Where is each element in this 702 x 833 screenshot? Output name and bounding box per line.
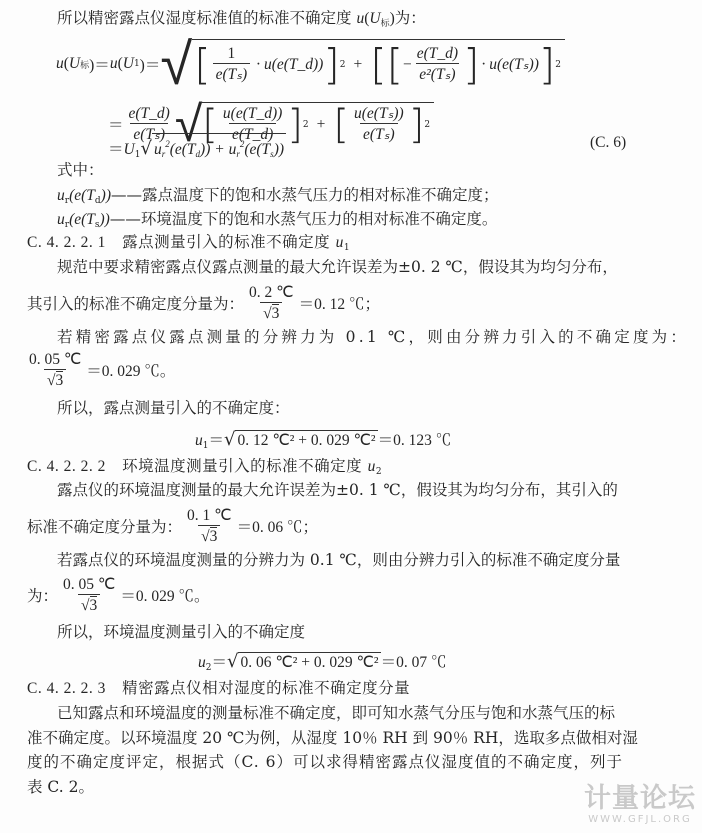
section-number: C. 4. 2. 2. 3 [27, 680, 106, 697]
s3-paragraph-line-1: 已知露点和环境温度的测量标准不确定度，即可知水蒸气分压与饱和水蒸气压的标 [57, 703, 615, 723]
frac-den: √3 [44, 369, 66, 391]
section-number: C. 4. 2. 2. 2 [27, 458, 106, 475]
s3-paragraph-line-3: 度的不确定度评定，根据式（C. 6）可以求得精密露点仪湿度值的不确定度，列于 [27, 752, 623, 772]
result: ＝0. 029 ℃。 [120, 584, 209, 606]
radicand: 0. 12 ℃² + 0. 029 ℃² [235, 430, 377, 451]
radicand: 3 [56, 371, 64, 389]
text-prefix: 其引入的标准不确定度分量为： [27, 292, 244, 314]
fraction: 0. 05 ℃ √3 [26, 350, 84, 391]
equation-number: (C. 6) [590, 133, 626, 153]
symbol-u: u [368, 458, 376, 475]
section-title: 露点测量引入的标准不确定度 [122, 233, 330, 251]
section-title: 精密露点仪相对湿度的标准不确定度分量 [122, 679, 410, 697]
text-prefix: 为： [27, 584, 58, 606]
section-title: 环境温度测量引入的标准不确定度 [122, 457, 362, 475]
s1-paragraph-1-line-2: 其引入的标准不确定度分量为： 0. 2 ℃ √3 ＝0. 12 ℃； [27, 283, 380, 323]
s3-paragraph-line-2: 准不确定度。以环境温度 20 ℃为例，从湿度 10％ RH 到 90％ RH，选… [27, 728, 638, 748]
watermark-logo: 计量论坛 WWW.GFJL.ORG [584, 784, 696, 825]
section-heading-c42221: C. 4. 2. 2. 1 露点测量引入的标准不确定度 u1 [27, 232, 350, 258]
frac-den: e²(Tₛ) [416, 63, 458, 85]
def-desc: ——环境温度下的饱和水蒸气压力的相对标准不确定度。 [110, 210, 498, 228]
intro-text: 所以精密露点仪湿度标准值的标准不确定度 [57, 9, 352, 27]
fraction: 1 e(Tₛ) [213, 44, 251, 85]
result: ＝0. 06 ℃； [237, 515, 318, 537]
s2-paragraph-3: 所以，环境温度测量引入的不确定度 [57, 622, 305, 642]
s1-paragraph-1-line-1: 规范中要求精密露点仪露点测量的最大允许误差为±0. 2 ℃，假设其为均匀分布， [57, 257, 618, 277]
intro-line: 所以精密露点仪湿度标准值的标准不确定度 u(U标)为： [57, 8, 426, 34]
symbol-u: u [336, 234, 344, 251]
radicand: 3 [90, 596, 98, 614]
symbol-U: U [369, 10, 380, 27]
sqrt-sign: √ [160, 39, 192, 89]
frac-num: u(e(Tₛ)) [351, 104, 407, 123]
formula-c6-row1: u(U标)＝u(U1)＝ √ [ 1 e(Tₛ) · u(e(T_d)) ]2 … [56, 36, 565, 92]
frac-num: e(T_d) [126, 104, 173, 123]
symbol-sub: 2 [376, 467, 382, 477]
s1-equation-u1: u1＝√0. 12 ℃² + 0. 029 ℃²＝0. 123 ℃ [195, 430, 451, 456]
fraction: e(T_d) e²(Tₛ) [414, 44, 461, 85]
frac-num: 0. 1 ℃ [184, 506, 235, 525]
fraction: 0. 2 ℃ √3 [246, 283, 297, 324]
radicand: [ 1 e(Tₛ) · u(e(T_d)) ]2 + [[− e(T_d) e²… [192, 39, 565, 90]
s1-paragraph-3: 所以，露点测量引入的不确定度： [57, 398, 290, 418]
frac-num: e(T_d) [414, 44, 461, 63]
section-heading-c42223: C. 4. 2. 2. 3 精密露点仪相对湿度的标准不确定度分量 [27, 678, 410, 699]
text-prefix: 标准不确定度分量为： [27, 515, 182, 537]
frac-den: √3 [260, 302, 282, 324]
result: ＝0. 029 ℃。 [86, 359, 175, 381]
s3-paragraph-line-4: 表 C. 2。 [27, 777, 94, 797]
s1-paragraph-2-line-1: 若精密露点仪露点测量的分辨力为 0.1 ℃，则由分辨力引入的不确定度为： [57, 327, 689, 347]
s2-paragraph-1-line-1: 露点仪的环境温度测量的最大允许误差为±0. 1 ℃，假设其为均匀分布，其引入的 [57, 480, 618, 500]
where-label: 式中： [57, 160, 104, 180]
frac-den: e(Tₛ) [360, 123, 398, 145]
result: ＝0. 07 ℃ [381, 654, 447, 671]
fraction: 0. 1 ℃ √3 [184, 506, 235, 547]
symbol-sub: 1 [344, 243, 350, 253]
radicand: 3 [210, 527, 218, 545]
fraction: 0. 05 ℃ √3 [60, 575, 118, 616]
result: ＝0. 12 ℃； [299, 292, 380, 314]
term-tail: · u(e(T_d)) [256, 56, 323, 74]
fraction: u(e(Tₛ)) e(Tₛ) [351, 104, 407, 145]
s2-equation-u2: u2＝√0. 06 ℃² + 0. 029 ℃²＝0. 07 ℃ [198, 652, 446, 678]
where-def-1: ur(e(Td))——露点温度下的饱和水蒸气压力的相对标准不确定度； [57, 185, 499, 211]
frac-den: √3 [198, 525, 220, 547]
symbol-sub: 标 [381, 19, 390, 29]
watermark-title: 计量论坛 [584, 784, 696, 814]
frac-num: 0. 2 ℃ [246, 283, 297, 302]
frac-num: 1 [225, 44, 239, 63]
s1-paragraph-2-line-2: 0. 05 ℃ √3 ＝0. 029 ℃。 [24, 350, 175, 390]
section-number: C. 4. 2. 2. 1 [27, 234, 106, 251]
formula-c6-row3: ＝U1√ur2(e(Td)) + ur2(e(Ts)) [108, 133, 286, 165]
frac-num: 0. 05 ℃ [60, 575, 118, 594]
section-heading-c42222: C. 4. 2. 2. 2 环境温度测量引入的标准不确定度 u2 [27, 456, 382, 482]
frac-num: u(e(T_d)) [220, 104, 285, 123]
s2-paragraph-2-line-1: 若露点仪的环境温度测量的分辨力为 0.1 ℃，则由分辨力引入的标准不确定度分量 [57, 550, 620, 570]
intro-suffix: 为： [395, 9, 426, 27]
watermark-url: WWW.GFJL.ORG [584, 814, 696, 825]
frac-den: √3 [78, 594, 100, 616]
result: ＝0. 123 ℃ [378, 432, 452, 449]
def-desc: ——露点温度下的饱和水蒸气压力的相对标准不确定度； [111, 186, 499, 204]
s2-paragraph-1-line-2: 标准不确定度分量为： 0. 1 ℃ √3 ＝0. 06 ℃； [27, 506, 318, 546]
term-tail: · u(e(Tₛ)) [481, 55, 538, 74]
frac-num: 0. 05 ℃ [26, 350, 84, 369]
radicand: 3 [272, 304, 280, 322]
frac-den: e(Tₛ) [213, 63, 251, 85]
s2-paragraph-2-line-2: 为： 0. 05 ℃ √3 ＝0. 029 ℃。 [27, 575, 209, 615]
radicand: 0. 06 ℃² + 0. 029 ℃² [238, 652, 380, 673]
